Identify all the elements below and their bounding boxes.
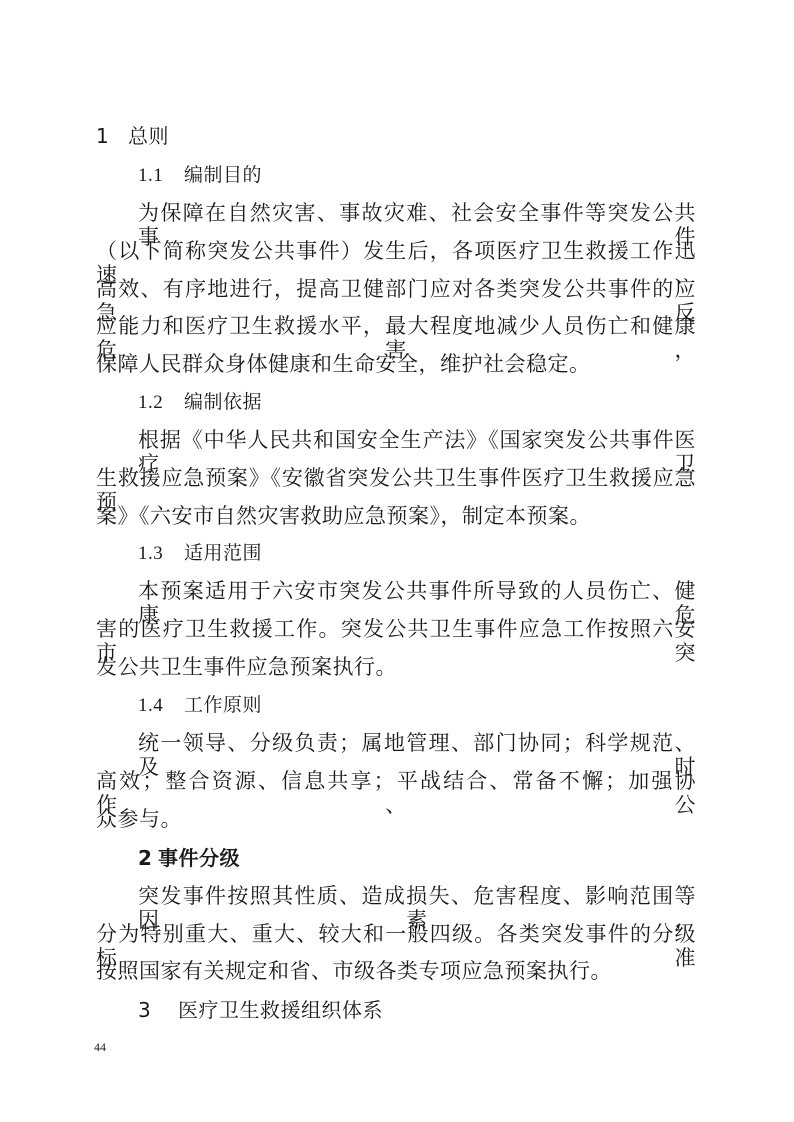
page-number: 44 [94, 1040, 106, 1055]
paragraph-line: 发公共卫生事件应急预案执行。 [96, 655, 696, 679]
heading-title: 医疗卫生救援组织体系 [178, 998, 383, 1022]
heading-number: 1.4 [138, 694, 184, 718]
heading-1-2: 1.2编制依据 [138, 390, 696, 415]
heading-title: 总则 [128, 124, 169, 148]
heading-1-3: 1.3适用范围 [138, 541, 696, 566]
paragraph-line: 按照国家有关规定和省、市级各类专项应急预案执行。 [96, 959, 696, 983]
heading-title: 编制依据 [184, 391, 262, 413]
heading-number: 1.3 [138, 542, 184, 566]
heading-1: 1总则 [96, 124, 696, 148]
heading-title: 事件分级 [158, 846, 240, 870]
heading-title: 编制目的 [184, 164, 262, 186]
heading-title: 工作原则 [184, 694, 262, 716]
heading-1-1: 1.1编制目的 [138, 163, 696, 188]
heading-number: 1.1 [138, 164, 184, 188]
heading-3: 3医疗卫生救援组织体系 [138, 998, 696, 1022]
heading-number: 3 [138, 998, 178, 1022]
heading-number: 2 [138, 846, 158, 870]
heading-number: 1.2 [138, 391, 184, 415]
heading-title: 适用范围 [184, 542, 262, 564]
heading-number: 1 [96, 124, 128, 148]
paragraph-line: 保障人民群众身体健康和生命安全，维护社会稳定。 [96, 352, 696, 376]
paragraph-line: 众参与。 [96, 807, 696, 831]
heading-1-4: 1.4工作原则 [138, 693, 696, 718]
heading-2: 2事件分级 [138, 846, 696, 870]
paragraph-line: 案》《六安市自然灾害救助应急预案》，制定本预案。 [96, 504, 696, 528]
document-page: 1总则 1.1编制目的 为保障在自然灾害、事故灾难、社会安全事件等突发公共事件 … [0, 0, 794, 1122]
